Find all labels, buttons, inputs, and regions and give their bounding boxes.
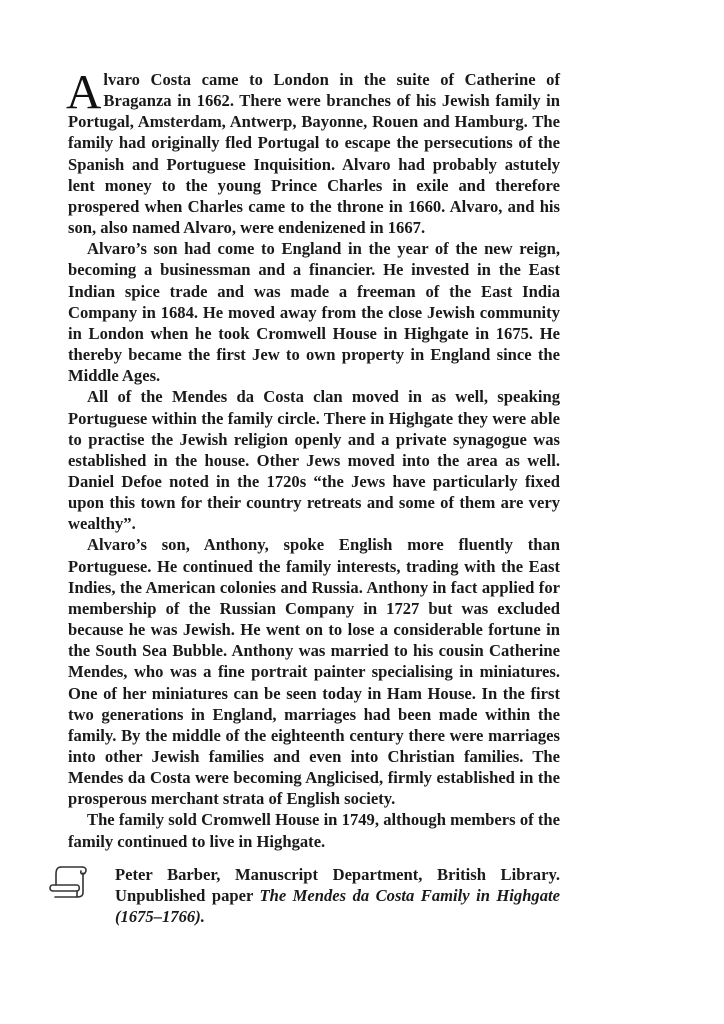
paragraph-3: All of the Mendes da Costa clan moved in… — [68, 386, 560, 534]
source-citation: Peter Barber, Manuscript Department, Bri… — [68, 864, 560, 927]
paragraph-1-text: lvaro Costa came to London in the suite … — [68, 70, 560, 237]
paragraph-1: Alvaro Costa came to London in the suite… — [68, 69, 560, 238]
drop-cap: A — [66, 73, 101, 111]
article-page: Alvaro Costa came to London in the suite… — [68, 69, 560, 927]
paragraph-5: The family sold Cromwell House in 1749, … — [68, 809, 560, 851]
paragraph-4: Alvaro’s son, Anthony, spoke English mor… — [68, 534, 560, 809]
paragraph-2: Alvaro’s son had come to England in the … — [68, 238, 560, 386]
scroll-icon — [47, 865, 91, 899]
